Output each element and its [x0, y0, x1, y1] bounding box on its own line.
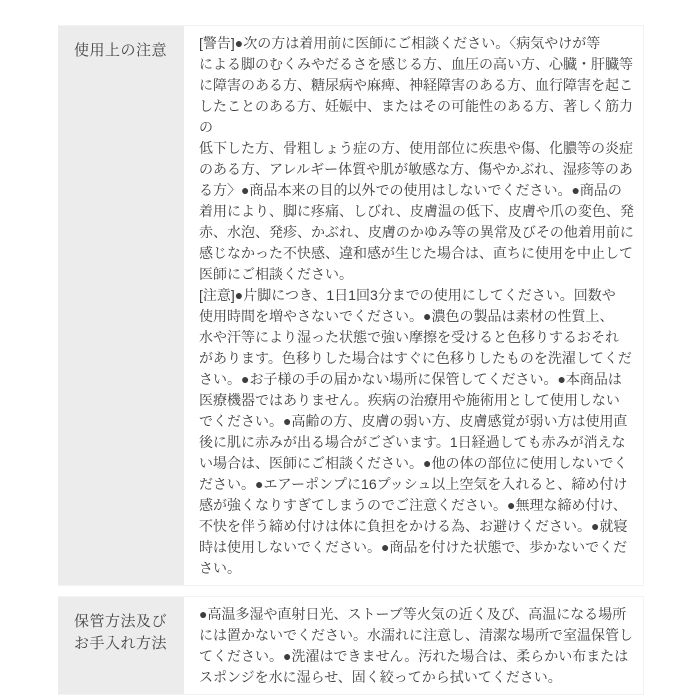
product-spec-table: 使用上の注意 [警告]●次の方は着用前に医師にご相談ください。〈病気やけが等 に…	[58, 15, 644, 700]
storage-care-content: ●高温多湿や直射日光、ストーブ等火気の近く及び、高温になる場所 には置かないでく…	[184, 596, 644, 695]
usage-precautions-content: [警告]●次の方は着用前に医師にご相談ください。〈病気やけが等 による脚のむくみ…	[184, 25, 644, 586]
usage-precautions-label: 使用上の注意	[58, 25, 184, 586]
spec-row-storage-care: 保管方法及び お手入れ方法 ●高温多湿や直射日光、ストーブ等火気の近く及び、高温…	[58, 596, 644, 695]
storage-care-label: 保管方法及び お手入れ方法	[58, 596, 184, 695]
spec-row-usage-precautions: 使用上の注意 [警告]●次の方は着用前に医師にご相談ください。〈病気やけが等 に…	[58, 25, 644, 586]
